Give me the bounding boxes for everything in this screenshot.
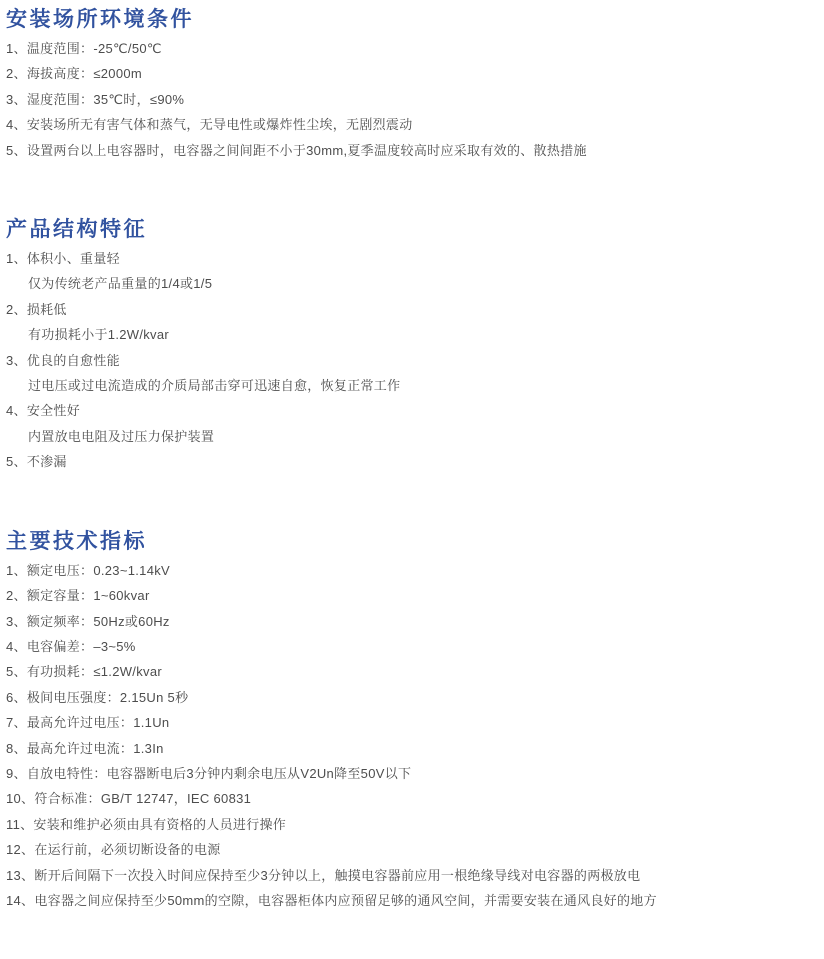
list-item: 1、温度范围：-25℃/50℃	[6, 36, 814, 61]
list-item: 6、极间电压强度：2.15Un 5秒	[6, 685, 814, 710]
list-item: 1、额定电压：0.23~1.14kV	[6, 558, 814, 583]
datasheet-page: 安装场所环境条件 1、温度范围：-25℃/50℃ 2、海拔高度：≤2000m 3…	[0, 0, 824, 959]
section-technical-specs: 主要技术指标 1、额定电压：0.23~1.14kV 2、额定容量：1~60kva…	[6, 527, 814, 914]
technical-specs-list: 1、额定电压：0.23~1.14kV 2、额定容量：1~60kvar 3、额定频…	[6, 558, 814, 914]
list-item: 12、在运行前，必须切断设备的电源	[6, 837, 814, 862]
list-item: 14、电容器之间应保持至少50mm的空隙，电容器柜体内应预留足够的通风空间，并需…	[6, 888, 814, 913]
list-item: 3、额定频率：50Hz或60Hz	[6, 609, 814, 634]
section-title-technical-specs: 主要技术指标	[6, 527, 814, 556]
list-item: 5、不渗漏	[6, 449, 814, 474]
list-item: 10、符合标准：GB/T 12747，IEC 60831	[6, 786, 814, 811]
list-item: 2、海拔高度：≤2000m	[6, 61, 814, 86]
list-subitem: 仅为传统老产品重量的1/4或1/5	[6, 271, 814, 296]
list-item: 8、最高允许过电流：1.3In	[6, 736, 814, 761]
list-item: 7、最高允许过电压：1.1Un	[6, 710, 814, 735]
list-item: 4、电容偏差：–3~5%	[6, 634, 814, 659]
installation-environment-list: 1、温度范围：-25℃/50℃ 2、海拔高度：≤2000m 3、湿度范围：35℃…	[6, 36, 814, 163]
list-item: 5、设置两台以上电容器时，电容器之间间距不小于30mm,夏季温度较高时应采取有效…	[6, 138, 814, 163]
list-item: 2、损耗低	[6, 297, 814, 322]
list-subitem: 有功损耗小于1.2W/kvar	[6, 322, 814, 347]
section-installation-environment: 安装场所环境条件 1、温度范围：-25℃/50℃ 2、海拔高度：≤2000m 3…	[6, 5, 814, 163]
list-subitem: 内置放电电阻及过压力保护装置	[6, 424, 814, 449]
list-item: 4、安全性好	[6, 398, 814, 423]
list-item: 4、安装场所无有害气体和蒸气，无导电性或爆炸性尘埃，无剧烈震动	[6, 112, 814, 137]
section-product-structure: 产品结构特征 1、体积小、重量轻 仅为传统老产品重量的1/4或1/5 2、损耗低…	[6, 215, 814, 475]
list-item: 3、湿度范围：35℃时，≤90%	[6, 87, 814, 112]
list-item: 3、优良的自愈性能	[6, 348, 814, 373]
section-title-installation-environment: 安装场所环境条件	[6, 5, 814, 34]
list-item: 11、安装和维护必须由具有资格的人员进行操作	[6, 812, 814, 837]
product-structure-list: 1、体积小、重量轻 仅为传统老产品重量的1/4或1/5 2、损耗低 有功损耗小于…	[6, 246, 814, 475]
list-item: 5、有功损耗：≤1.2W/kvar	[6, 659, 814, 684]
list-subitem: 过电压或过电流造成的介质局部击穿可迅速自愈，恢复正常工作	[6, 373, 814, 398]
list-item: 9、自放电特性：电容器断电后3分钟内剩余电压从V2Un降至50V以下	[6, 761, 814, 786]
list-item: 13、断开后间隔下一次投入时间应保持至少3分钟以上，触摸电容器前应用一根绝缘导线…	[6, 863, 814, 888]
list-item: 2、额定容量：1~60kvar	[6, 583, 814, 608]
section-title-product-structure: 产品结构特征	[6, 215, 814, 244]
list-item: 1、体积小、重量轻	[6, 246, 814, 271]
